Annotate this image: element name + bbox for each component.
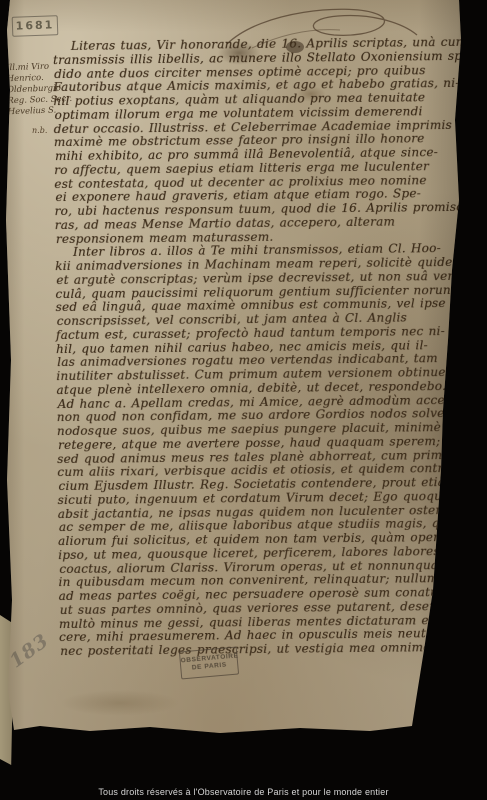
paper-stain [60,690,180,716]
marginal-note: n.b. [32,126,47,135]
pencil-year-label: 1681 [12,15,59,37]
archive-scan: 1681 Ill.mi Viro Henrico. Oldenburgio Re… [0,0,487,800]
manuscript-page: 1681 Ill.mi Viro Henrico. Oldenburgio Re… [0,0,487,800]
manuscript-text: Literas tuas, Vir honorande, die 16. Apr… [53,36,461,659]
manuscript-line: nec posteritati leges praescripsi, ut ve… [60,641,462,659]
observatoire-stamp: OBSERVATOIRE DE PARIS [179,647,239,680]
copyright-notice: Tous droits réservés à l'Observatoire de… [0,787,487,797]
pencil-folio-number: 183 [6,630,53,673]
